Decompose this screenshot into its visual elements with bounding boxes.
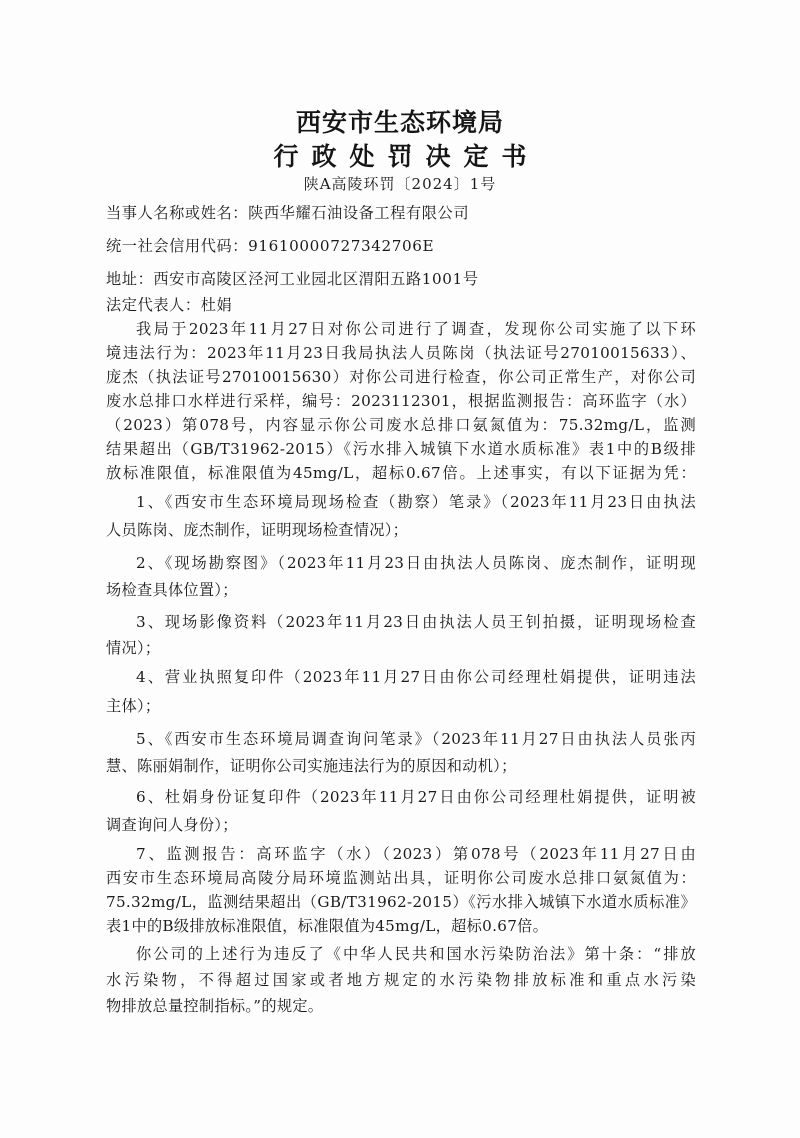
address-value: 西安市高陵区泾河工业园北区渭阳五路1001号	[153, 270, 478, 288]
evidence-item-2-cont: 场检查具体位置）；	[106, 579, 696, 600]
facts-line: 我局于2023年11月27日对你公司进行了调查，发现你公司实施了以下环	[136, 318, 696, 339]
evidence-item-1-cont: 人员陈岗、庞杰制作，证明现场检查情况）；	[106, 519, 696, 540]
facts-line: 境违法行为：2023年11月23日我局执法人员陈岗（执法证号2701001563…	[106, 342, 696, 363]
facts-line: 结果超出（GB/T31962-2015）《污水排入城镇下水道水质标准》表1中的B…	[106, 438, 696, 459]
party-name-value: 陕西华耀石油设备工程有限公司	[248, 204, 469, 222]
evidence-item-1: 1、《西安市生态环境局现场检查（勘察）笔录》（2023年11月23日由执法	[136, 491, 696, 512]
address-row: 地址：西安市高陵区泾河工业园北区渭阳五路1001号	[106, 268, 696, 289]
facts-line: 放标准限值，标准限值为45mg/L，超标0.67倍。上述事实，有以下证据为凭：	[106, 462, 696, 483]
document-number: 陕A高陵环罚〔2024〕1号	[0, 173, 800, 194]
evidence-item-5: 5、《西安市生态环境局调查询问笔录》（2023年11月27日由执法人员张丙	[136, 728, 696, 749]
address-label: 地址：	[106, 270, 153, 288]
evidence-item-3: 3、现场影像资料（2023年11月23日由执法人员王钊拍摄，证明现场检查	[136, 611, 696, 632]
evidence-item-6: 6、杜娟身份证复印件（2023年11月27日由你公司经理杜娟提供，证明被	[136, 786, 696, 807]
party-name-row: 当事人名称或姓名：陕西华耀石油设备工程有限公司	[106, 202, 696, 223]
credit-code-row: 统一社会信用代码：91610000727342706E	[106, 235, 696, 256]
facts-line: （2023）第078号，内容显示你公司废水总排口氨氮值为：75.32mg/L，监…	[106, 414, 696, 435]
credit-code-label: 统一社会信用代码：	[106, 237, 248, 255]
document-page: 西安市生态环境局 行政处罚决定书 陕A高陵环罚〔2024〕1号 当事人名称或姓名…	[0, 0, 800, 1138]
evidence-item-4: 4、营业执照复印件（2023年11月27日由你公司经理杜娟提供，证明违法	[136, 666, 696, 687]
evidence-item-2: 2、《现场勘察图》（2023年11月23日由执法人员陈岗、庞杰制作，证明现	[136, 552, 696, 573]
evidence-item-7: 7、监测报告：高环监字（水）（2023）第078号（2023年11月27日由	[136, 843, 696, 864]
evidence-item-7-cont: 表1中的B级排放标准限值，标准限值为45mg/L，超标0.67倍。	[106, 915, 696, 936]
violation-line: 你公司的上述行为违反了《中华人民共和国水污染防治法》第十条：“排放	[136, 943, 696, 964]
credit-code-value: 91610000727342706E	[248, 237, 434, 255]
legal-rep-label: 法定代表人：	[106, 296, 201, 314]
evidence-item-7-cont: 75.32mg/L，监测结果超出（GB/T31962-2015）《污水排入城镇下…	[106, 891, 696, 912]
violation-line: 物排放总量控制指标。”的规定。	[106, 995, 696, 1016]
evidence-item-6-cont: 调查询问人身份）；	[106, 814, 696, 835]
evidence-item-5-cont: 慧、陈丽娟制作，证明你公司实施违法行为的原因和动机）；	[106, 755, 696, 776]
violation-line: 水污染物，不得超过国家或者地方规定的水污染物排放标准和重点水污染	[106, 969, 696, 990]
evidence-item-4-cont: 主体）；	[106, 695, 696, 716]
agency-title: 西安市生态环境局	[0, 103, 800, 139]
facts-line: 废水总排口水样进行采样，编号：2023112301，根据监测报告：高环监字（水）	[106, 390, 696, 411]
legal-rep-row: 法定代表人：杜娟	[106, 294, 696, 315]
evidence-item-3-cont: 情况）；	[106, 637, 696, 658]
document-type-title: 行政处罚决定书	[0, 137, 800, 173]
party-name-label: 当事人名称或姓名：	[106, 204, 248, 222]
legal-rep-value: 杜娟	[201, 296, 233, 314]
evidence-item-7-cont: 西安市生态环境局高陵分局环境监测站出具，证明你公司废水总排口氨氮值为：	[106, 867, 696, 888]
facts-line: 庞杰（执法证号27010015630）对你公司进行检查，你公司正常生产，对你公司	[106, 366, 696, 387]
